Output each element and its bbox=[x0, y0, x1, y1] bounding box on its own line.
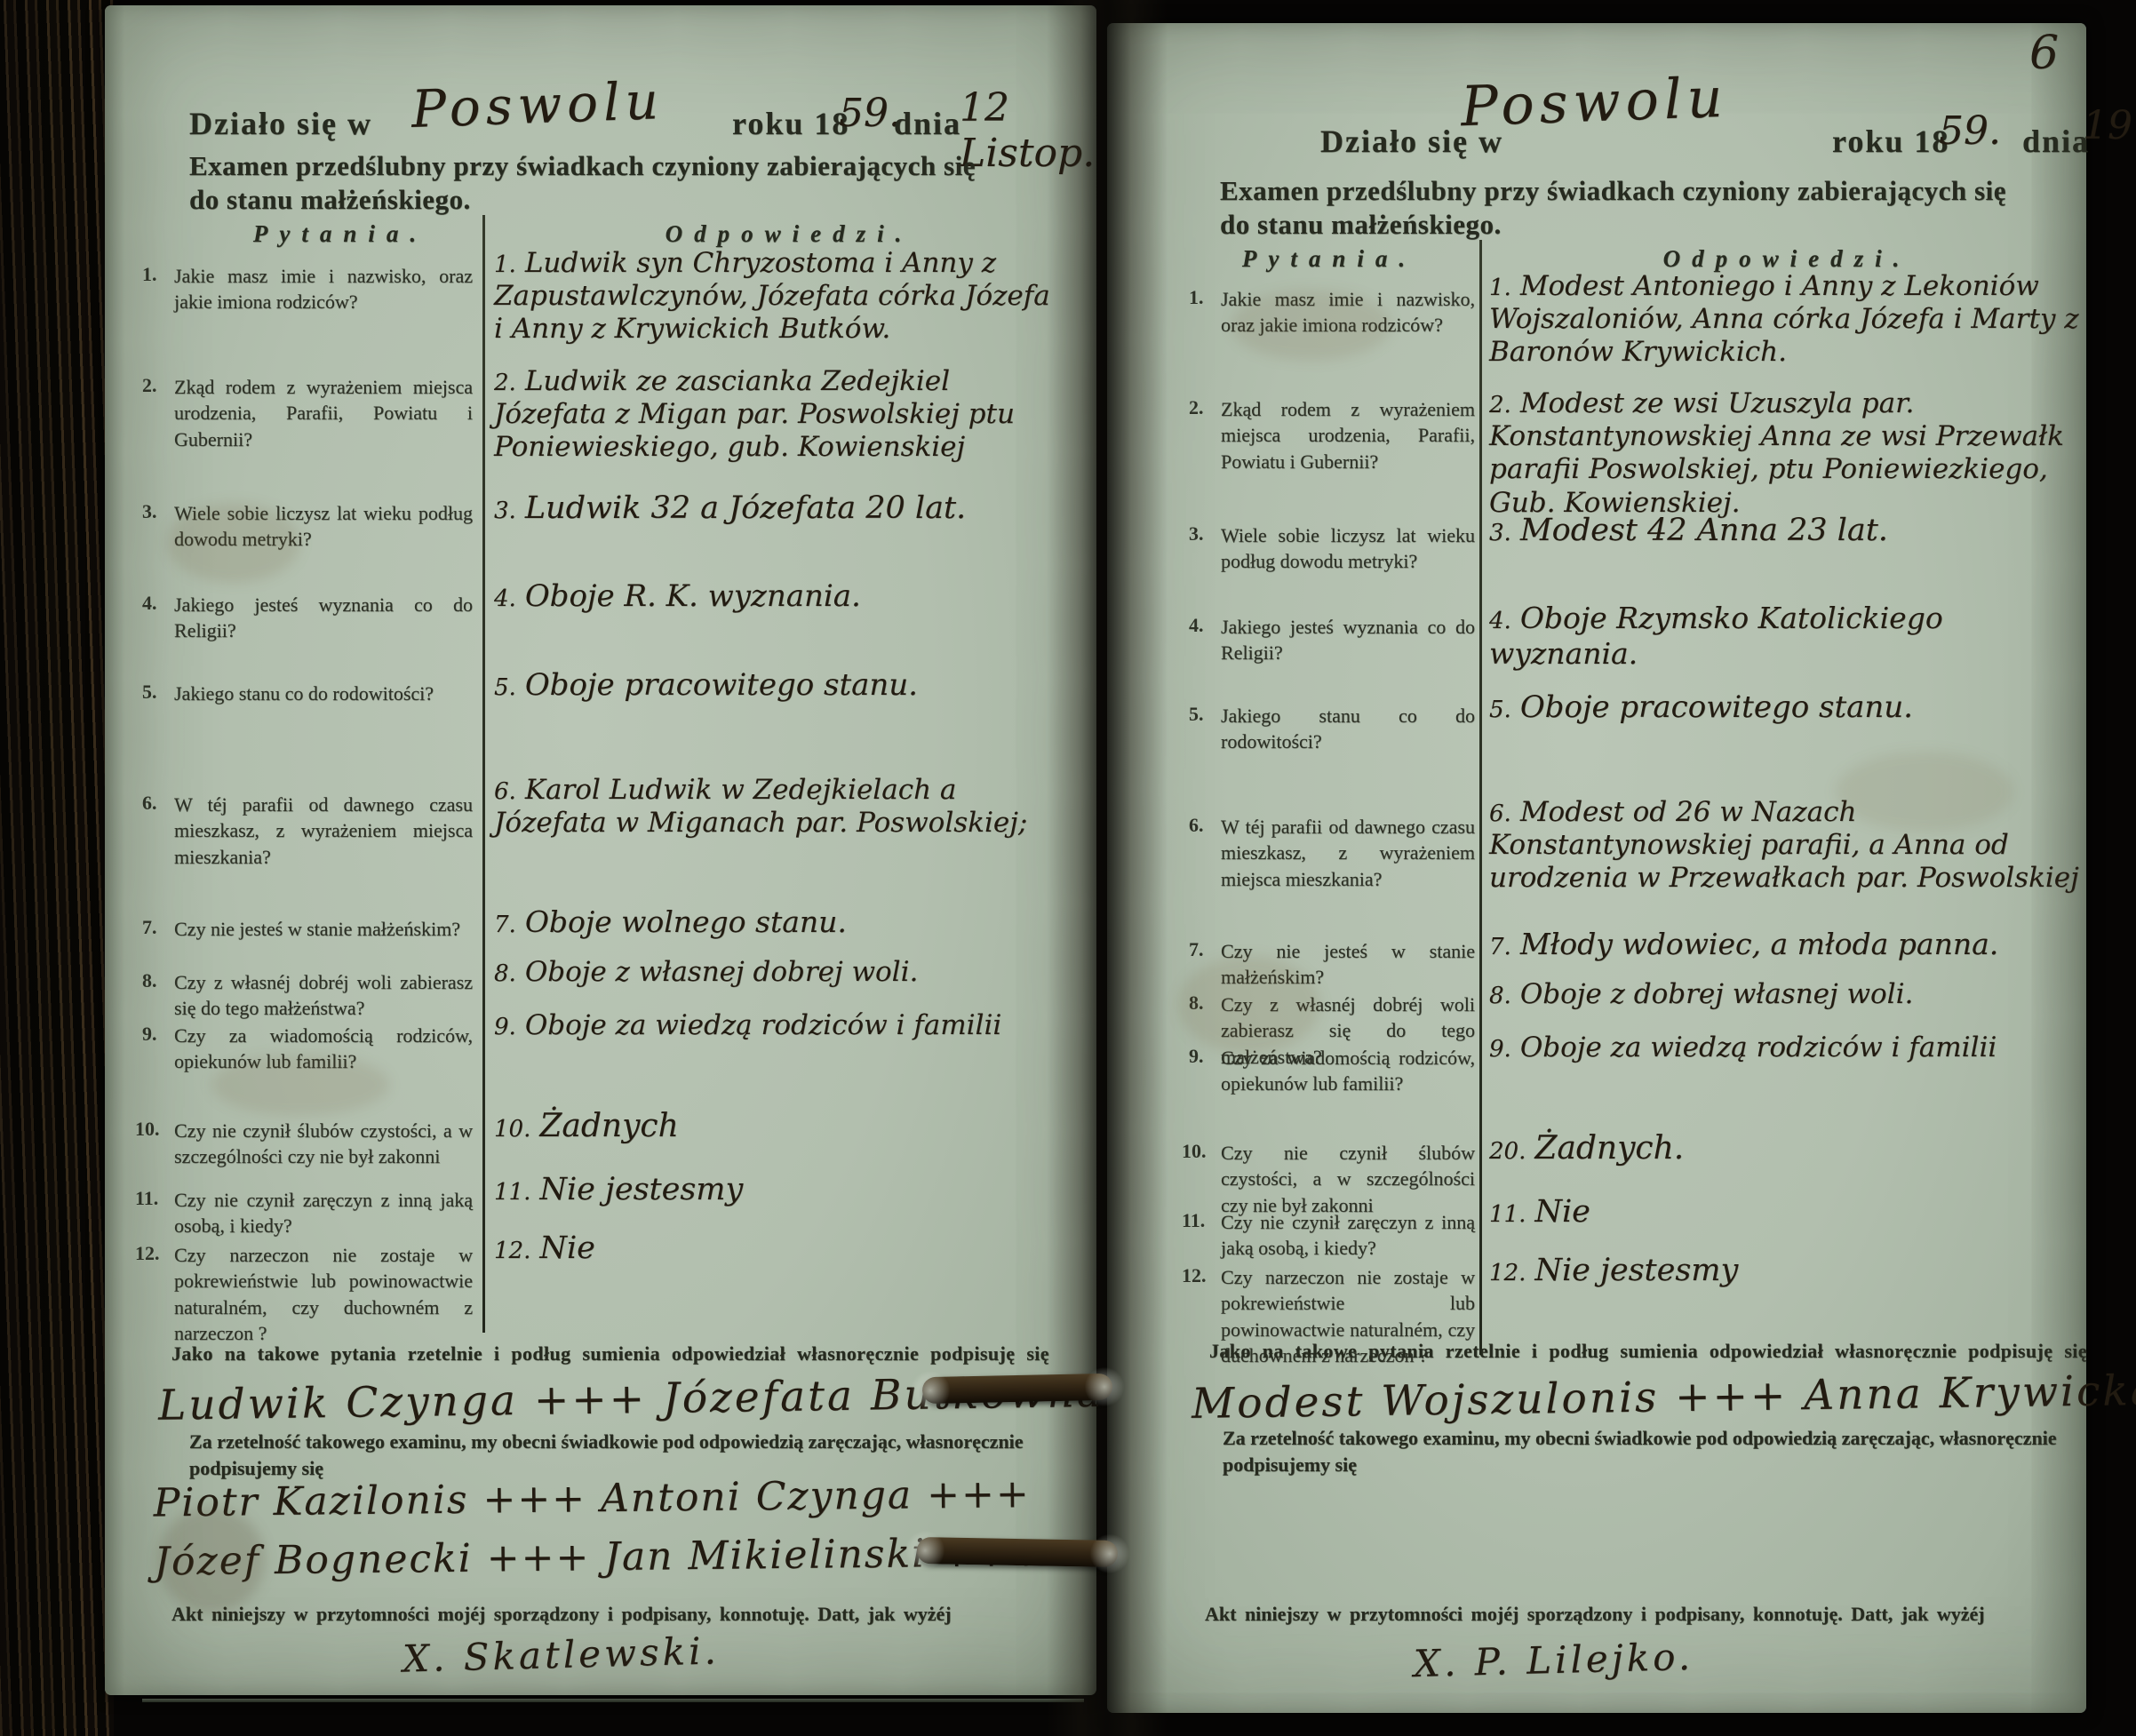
answer-row: 12.Nie bbox=[494, 1230, 1067, 1267]
place-handwritten: Poswolu bbox=[1460, 65, 1729, 139]
answer-text: Oboje z własnej dobrej woli. bbox=[525, 956, 919, 988]
question-text: W téj parafii od dawnego czasu mieszkasz… bbox=[1221, 814, 1475, 892]
answer-text: Oboje R. K. wyznania. bbox=[525, 578, 861, 614]
answer-number: 8. bbox=[1489, 983, 1511, 1009]
question-number: 1. bbox=[142, 263, 157, 286]
answer-row: 8.Oboje z dobrej własnej woli. bbox=[1489, 978, 2080, 1011]
answer-number: 9. bbox=[494, 1014, 516, 1040]
question-text: Jakie masz imie i nazwisko, oraz jakie i… bbox=[1221, 286, 1475, 338]
answer-row: 20.Żadnych. bbox=[1489, 1129, 2080, 1167]
answer-text: Oboje z dobrej własnej woli. bbox=[1520, 978, 1914, 1010]
answer-number: 7. bbox=[1489, 934, 1511, 960]
answer-number: 1. bbox=[1489, 275, 1511, 301]
column-divider-rule bbox=[482, 215, 485, 1333]
answer-row: 3.Modest 42 Anna 23 lat. bbox=[1489, 512, 2080, 549]
question-text: Jakiego stanu co do rodowitości? bbox=[1221, 703, 1475, 755]
right-page: 6 Działo się w Poswolu roku 18 59. dnia … bbox=[1107, 23, 2086, 1713]
answer-number: 11. bbox=[1489, 1201, 1526, 1228]
answer-text: Oboje za wiedzą rodziców i familii bbox=[1520, 1031, 1997, 1063]
questions-column-title: Pytania. bbox=[211, 220, 469, 248]
binding-thread-bottom bbox=[917, 1537, 1118, 1567]
answer-number: 2. bbox=[1489, 392, 1511, 418]
answer-number: 6. bbox=[494, 778, 516, 805]
question-number: 2. bbox=[1189, 396, 1204, 419]
question-number: 2. bbox=[142, 374, 157, 397]
answer-row: 7.Oboje wolnego stanu. bbox=[494, 904, 1067, 940]
year-handwritten: 59. bbox=[1939, 108, 2001, 154]
answer-text: Oboje pracowitego stanu. bbox=[525, 667, 918, 703]
answer-text: Nie bbox=[1534, 1194, 1590, 1230]
answer-row: 5.Oboje pracowitego stanu. bbox=[494, 667, 1067, 704]
answers-column-title: Odpowiedzi. bbox=[1587, 245, 1987, 273]
answer-text: Karol Ludwik w Zedejkielach a Józefata w… bbox=[494, 774, 1027, 839]
question-number: 9. bbox=[1189, 1045, 1204, 1068]
question-text: Czy nie czynił ślubów czystości, a w szc… bbox=[174, 1118, 473, 1170]
question-number: 10. bbox=[135, 1118, 160, 1141]
year-label: roku 18 bbox=[1832, 123, 1949, 160]
day-handwritten: 19 Listop. bbox=[2083, 103, 2136, 148]
question-text: Jakiego stanu co do rodowitości? bbox=[174, 681, 473, 706]
answer-row: 7.Młody wdowiec, a młoda panna. bbox=[1489, 927, 2080, 962]
answer-number: 20. bbox=[1489, 1138, 1526, 1165]
answers-column-title: Odpowiedzi. bbox=[598, 220, 980, 248]
book-spine-page-edges bbox=[0, 0, 114, 1736]
answer-number: 4. bbox=[494, 585, 516, 612]
question-number: 6. bbox=[1189, 814, 1204, 837]
book-photo: Działo się w Poswolu roku 18 59. dnia 12… bbox=[0, 0, 2136, 1736]
answer-text: Żadnych. bbox=[1534, 1130, 1684, 1167]
form-subtitle: Examen przedślubny przy świadkach czynio… bbox=[1220, 174, 2006, 242]
question-number: 4. bbox=[1189, 614, 1204, 637]
question-number: 3. bbox=[142, 500, 157, 523]
answer-row: 11.Nie jestesmy bbox=[494, 1171, 1067, 1208]
question-number: 8. bbox=[142, 969, 157, 992]
answer-number: 3. bbox=[1489, 520, 1511, 546]
answer-row: 6.Karol Ludwik w Zedejkielach a Józefata… bbox=[494, 774, 1067, 840]
answer-text: Modest ze wsi Uzuszyla par. Konstantynow… bbox=[1489, 387, 2064, 519]
answer-text: Nie bbox=[539, 1230, 595, 1266]
question-number: 9. bbox=[142, 1023, 157, 1046]
question-number: 12. bbox=[135, 1242, 160, 1265]
place-handwritten: Poswolu bbox=[410, 70, 665, 139]
page-bottom-edge bbox=[142, 1699, 1084, 1702]
answer-text: Ludwik 32 a Józefata 20 lat. bbox=[525, 490, 966, 526]
answer-row: 3.Ludwik 32 a Józefata 20 lat. bbox=[494, 490, 1067, 527]
question-number: 8. bbox=[1189, 991, 1204, 1015]
question-text: Zkąd rodem z wyrażeniem miejsca urodzeni… bbox=[1221, 396, 1475, 474]
answer-text: Modest od 26 w Nazach Konstantynowskiej … bbox=[1489, 796, 2079, 894]
question-text: Czy nie jesteś w stanie małżeńskim? bbox=[174, 916, 473, 942]
answer-row: 2.Ludwik ze zascianka Zedejkiel Józefata… bbox=[494, 365, 1067, 465]
question-text: Jakie masz imie i nazwisko, oraz jakie i… bbox=[174, 263, 473, 315]
day-label: dnia bbox=[894, 105, 961, 142]
answer-number: 3. bbox=[494, 498, 516, 524]
answer-text: Oboje wolnego stanu. bbox=[525, 904, 847, 939]
binding-thread-top bbox=[922, 1374, 1113, 1404]
answer-row: 9.Oboje za wiedzą rodziców i familii bbox=[494, 1009, 1067, 1042]
questions-column-title: Pytania. bbox=[1196, 245, 1463, 273]
question-number: 1. bbox=[1189, 286, 1204, 309]
question-text: Jakiego jesteś wyznania co do Religii? bbox=[174, 592, 473, 644]
answer-text: Ludwik ze zascianka Zedejkiel Józefata z… bbox=[494, 365, 1015, 463]
answer-number: 6. bbox=[1489, 800, 1511, 827]
question-number: 11. bbox=[135, 1187, 158, 1210]
question-text: Czy nie czynił zaręczyn z inną jaką osob… bbox=[174, 1187, 473, 1239]
corner-mark-handwritten: 6 bbox=[2029, 27, 2059, 80]
answer-number: 12. bbox=[1489, 1260, 1526, 1286]
form-subtitle: Examen przedślubny przy świadkach czynio… bbox=[189, 149, 976, 217]
answer-row: 5.Oboje pracowitego stanu. bbox=[1489, 689, 2080, 726]
answer-number: 5. bbox=[494, 674, 516, 701]
answer-text: Oboje za wiedzą rodziców i familii bbox=[525, 1009, 1001, 1041]
answer-row: 8.Oboje z własnej dobrej woli. bbox=[494, 956, 1067, 989]
oath-statement: Jako na takowe pytania rzetelnie i podłu… bbox=[171, 1342, 1049, 1366]
clerk-signature: X. P. Lilejko. bbox=[1413, 1635, 1694, 1685]
answer-number: 7. bbox=[494, 912, 516, 938]
year-handwritten: 59. bbox=[839, 91, 901, 136]
answer-text: Modest 42 Anna 23 lat. bbox=[1520, 513, 1888, 548]
answer-text: Nie jestesmy bbox=[1534, 1253, 1738, 1288]
couple-signatures: Modest Wojszulonis +++ Anna Krywicka +++… bbox=[1192, 1364, 2136, 1429]
answer-number: 11. bbox=[494, 1179, 530, 1206]
book-gutter-fold bbox=[1047, 0, 1168, 1736]
question-text: Czy nie czynił zaręczyn z inną jaką osob… bbox=[1221, 1209, 1475, 1262]
question-text: Czy narzeczon nie zostaje w pokrewieństw… bbox=[174, 1242, 473, 1346]
question-text: Wiele sobie liczysz lat wieku podług dow… bbox=[1221, 522, 1475, 575]
question-text: Czy za wiadomością rodziców, opiekunów l… bbox=[174, 1023, 473, 1075]
question-text: Czy z własnéj dobréj woli zabierasz się … bbox=[174, 969, 473, 1022]
answer-row: 12.Nie jestesmy bbox=[1489, 1252, 2080, 1289]
day-label: dnia bbox=[2022, 123, 2090, 160]
answer-text: Oboje Rzymsko Katolickiego wyznania. bbox=[1489, 601, 1943, 671]
answer-number: 4. bbox=[1489, 608, 1511, 634]
question-text: Zkąd rodem z wyrażeniem miejsca urodzeni… bbox=[174, 374, 473, 452]
question-text: Czy nie jesteś w stanie małżeńskim? bbox=[1221, 938, 1475, 991]
question-text: Czy za wiadomością rodziców, opiekunów l… bbox=[1221, 1045, 1475, 1097]
answer-number: 5. bbox=[1489, 697, 1511, 723]
answer-text: Modest Antoniego i Anny z Lekoniów Wojsz… bbox=[1489, 270, 2079, 368]
witness-signatures bbox=[1192, 1493, 2044, 1502]
question-text: Jakiego jesteś wyznania co do Religii? bbox=[1221, 614, 1475, 666]
question-number: 10. bbox=[1182, 1140, 1207, 1163]
answer-text: Ludwik syn Chryzostoma i Anny z Zapustaw… bbox=[494, 247, 1050, 345]
question-number: 7. bbox=[142, 916, 157, 939]
question-number: 5. bbox=[1189, 703, 1204, 726]
question-number: 6. bbox=[142, 792, 157, 815]
answer-text: Młody wdowiec, a młoda panna. bbox=[1520, 927, 1998, 961]
answer-row: 1.Modest Antoniego i Anny z Lekoniów Woj… bbox=[1489, 270, 2080, 370]
acted-label: Działo się w bbox=[189, 105, 372, 142]
answer-number: 12. bbox=[494, 1238, 530, 1264]
clerk-note: Akt niniejszy w przytomności mojéj sporz… bbox=[171, 1603, 952, 1626]
question-number: 3. bbox=[1189, 522, 1204, 545]
answer-row: 2.Modest ze wsi Uzuszyla par. Konstantyn… bbox=[1489, 387, 2080, 520]
answer-text: Żadnych bbox=[539, 1108, 678, 1144]
question-number: 12. bbox=[1182, 1264, 1207, 1287]
answer-row: 4.Oboje Rzymsko Katolickiego wyznania. bbox=[1489, 601, 2080, 671]
answer-row: 10.Żadnych bbox=[494, 1107, 1067, 1145]
question-number: 5. bbox=[142, 681, 157, 704]
answer-row: 4.Oboje R. K. wyznania. bbox=[494, 578, 1067, 615]
answer-row: 1.Ludwik syn Chryzostoma i Anny z Zapust… bbox=[494, 247, 1067, 346]
clerk-note: Akt niniejszy w przytomności mojéj sporz… bbox=[1205, 1603, 1985, 1626]
answer-number: 10. bbox=[494, 1116, 530, 1143]
column-divider-rule bbox=[1479, 240, 1482, 1355]
year-label: roku 18 bbox=[732, 105, 849, 142]
question-text: Wiele sobie liczysz lat wieku podług dow… bbox=[174, 500, 473, 553]
answer-number: 9. bbox=[1489, 1036, 1511, 1063]
answer-row: 6.Modest od 26 w Nazach Konstantynowskie… bbox=[1489, 796, 2080, 896]
left-page: Działo się w Poswolu roku 18 59. dnia 12… bbox=[105, 5, 1096, 1695]
answer-text: Nie jestesmy bbox=[539, 1172, 743, 1207]
witness-signatures: Piotr Kazilonis +++ Antoni Czynga +++ Jó… bbox=[153, 1465, 1078, 1592]
witness-oath-statement: Za rzetelność takowego examinu, my obecn… bbox=[1223, 1425, 2058, 1477]
question-number: 4. bbox=[142, 592, 157, 615]
oath-statement: Jako na takowe pytania rzetelnie i podłu… bbox=[1209, 1340, 2087, 1363]
answer-number: 1. bbox=[494, 251, 516, 278]
question-number: 7. bbox=[1189, 938, 1204, 961]
answer-row: 11.Nie bbox=[1489, 1193, 2080, 1230]
answer-number: 8. bbox=[494, 960, 516, 987]
question-number: 11. bbox=[1182, 1209, 1205, 1232]
clerk-signature: X. Skatlewski. bbox=[402, 1628, 720, 1680]
question-text: W téj parafii od dawnego czasu mieszkasz… bbox=[174, 792, 473, 870]
answer-number: 2. bbox=[494, 370, 516, 396]
answer-text: Oboje pracowitego stanu. bbox=[1520, 689, 1913, 725]
question-text: Czy nie czynił ślubów czystości, a w szc… bbox=[1221, 1140, 1475, 1218]
answer-row: 9.Oboje za wiedzą rodziców i familii bbox=[1489, 1031, 2080, 1064]
